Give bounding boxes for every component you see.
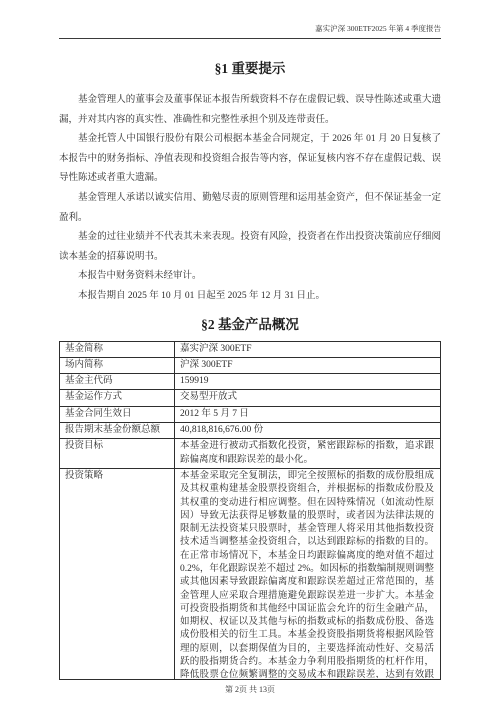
paragraph-unaudited-note: 本报告中财务资料未经审计。 [59, 267, 441, 287]
table-row-operation-mode: 基金运作方式 交易型开放式 [60, 390, 441, 406]
paragraph-custodian-review: 基金托管人中国银行股份有限公司根据本基金合同规定，于 2026 年 01 月 2… [59, 130, 441, 189]
row-value: 沪深 300ETF [175, 357, 441, 373]
header-title: 嘉实沪深 300ETF2025 年第 4 季度报告 [315, 24, 441, 33]
investment-objective-text: 本基金进行被动式指数化投资，紧密跟踪标的指数，追求跟踪偏离度和跟踪误差的最小化。 [180, 440, 434, 467]
row-value: 本基金采取完全复制法，即完全按照标的指数的成份股组成及其权重构建基金股票投资组合… [175, 468, 441, 679]
row-value: 40,818,816,676.00 份 [175, 423, 441, 439]
row-label: 报告期末基金份额总额 [60, 423, 175, 439]
section1-heading: §1 重要提示 [59, 60, 441, 77]
table-row-fund-code: 基金主代码 159919 [60, 374, 441, 390]
section2-heading: §2 基金产品概况 [59, 316, 441, 333]
paragraph-manager-promise: 基金管理人承诺以诚实信用、勤勉尽责的原则管理和运用基金资产，但不保证基金一定盈利… [59, 189, 441, 228]
table-row-investment-objective: 投资目标 本基金进行被动式指数化投资，紧密跟踪标的指数，追求跟踪偏离度和跟踪误差… [60, 439, 441, 469]
row-value: 2012 年 5 月 7 日 [175, 406, 441, 422]
row-label: 基金简称 [60, 341, 175, 357]
row-value: 交易型开放式 [175, 390, 441, 406]
row-value: 本基金进行被动式指数化投资，紧密跟踪标的指数，追求跟踪偏离度和跟踪误差的最小化。 [175, 439, 441, 469]
table-row-fund-short-name: 基金简称 嘉实沪深 300ETF [60, 341, 441, 357]
fund-overview-table: 基金简称 嘉实沪深 300ETF 场内简称 沪深 300ETF 基金主代码 15… [59, 341, 441, 680]
row-label: 投资目标 [60, 439, 175, 469]
row-value: 嘉实沪深 300ETF [175, 341, 441, 357]
page-number: 第 2页 共 13页 [225, 685, 275, 694]
row-label: 场内简称 [60, 357, 175, 373]
table-row-total-shares: 报告期末基金份额总额 40,818,816,676.00 份 [60, 423, 441, 439]
row-label: 投资策略 [60, 468, 175, 679]
row-label: 基金合同生效日 [60, 406, 175, 422]
paragraph-risk-notice: 基金的过往业绩并不代表其未来表现。投资有风险，投资者在作出投资决策前应仔细阅读本… [59, 228, 441, 267]
document-page: 嘉实沪深 300ETF2025 年第 4 季度报告 §1 重要提示 基金管理人的… [0, 0, 500, 707]
row-label: 基金主代码 [60, 374, 175, 390]
row-label: 基金运作方式 [60, 390, 175, 406]
investment-strategy-text: 本基金采取完全复制法，即完全按照标的指数的成份股组成及其权重构建基金股票投资组合… [180, 470, 434, 678]
table-row-contract-effective-date: 基金合同生效日 2012 年 5 月 7 日 [60, 406, 441, 422]
table-row-investment-strategy: 投资策略 本基金采取完全复制法，即完全按照标的指数的成份股组成及其权重构建基金股… [60, 468, 441, 679]
page-footer: 第 2页 共 13页 [59, 684, 441, 695]
paragraph-board-statement: 基金管理人的董事会及董事保证本报告所载资料不存在虚假记载、误导性陈述或重大遗漏，… [59, 91, 441, 130]
table-row-exchange-short-name: 场内简称 沪深 300ETF [60, 357, 441, 373]
paragraph-report-period: 本报告期自 2025 年 10 月 01 日起至 2025 年 12 月 31 … [59, 287, 441, 307]
row-value: 159919 [175, 374, 441, 390]
page-header: 嘉实沪深 300ETF2025 年第 4 季度报告 [59, 24, 441, 39]
